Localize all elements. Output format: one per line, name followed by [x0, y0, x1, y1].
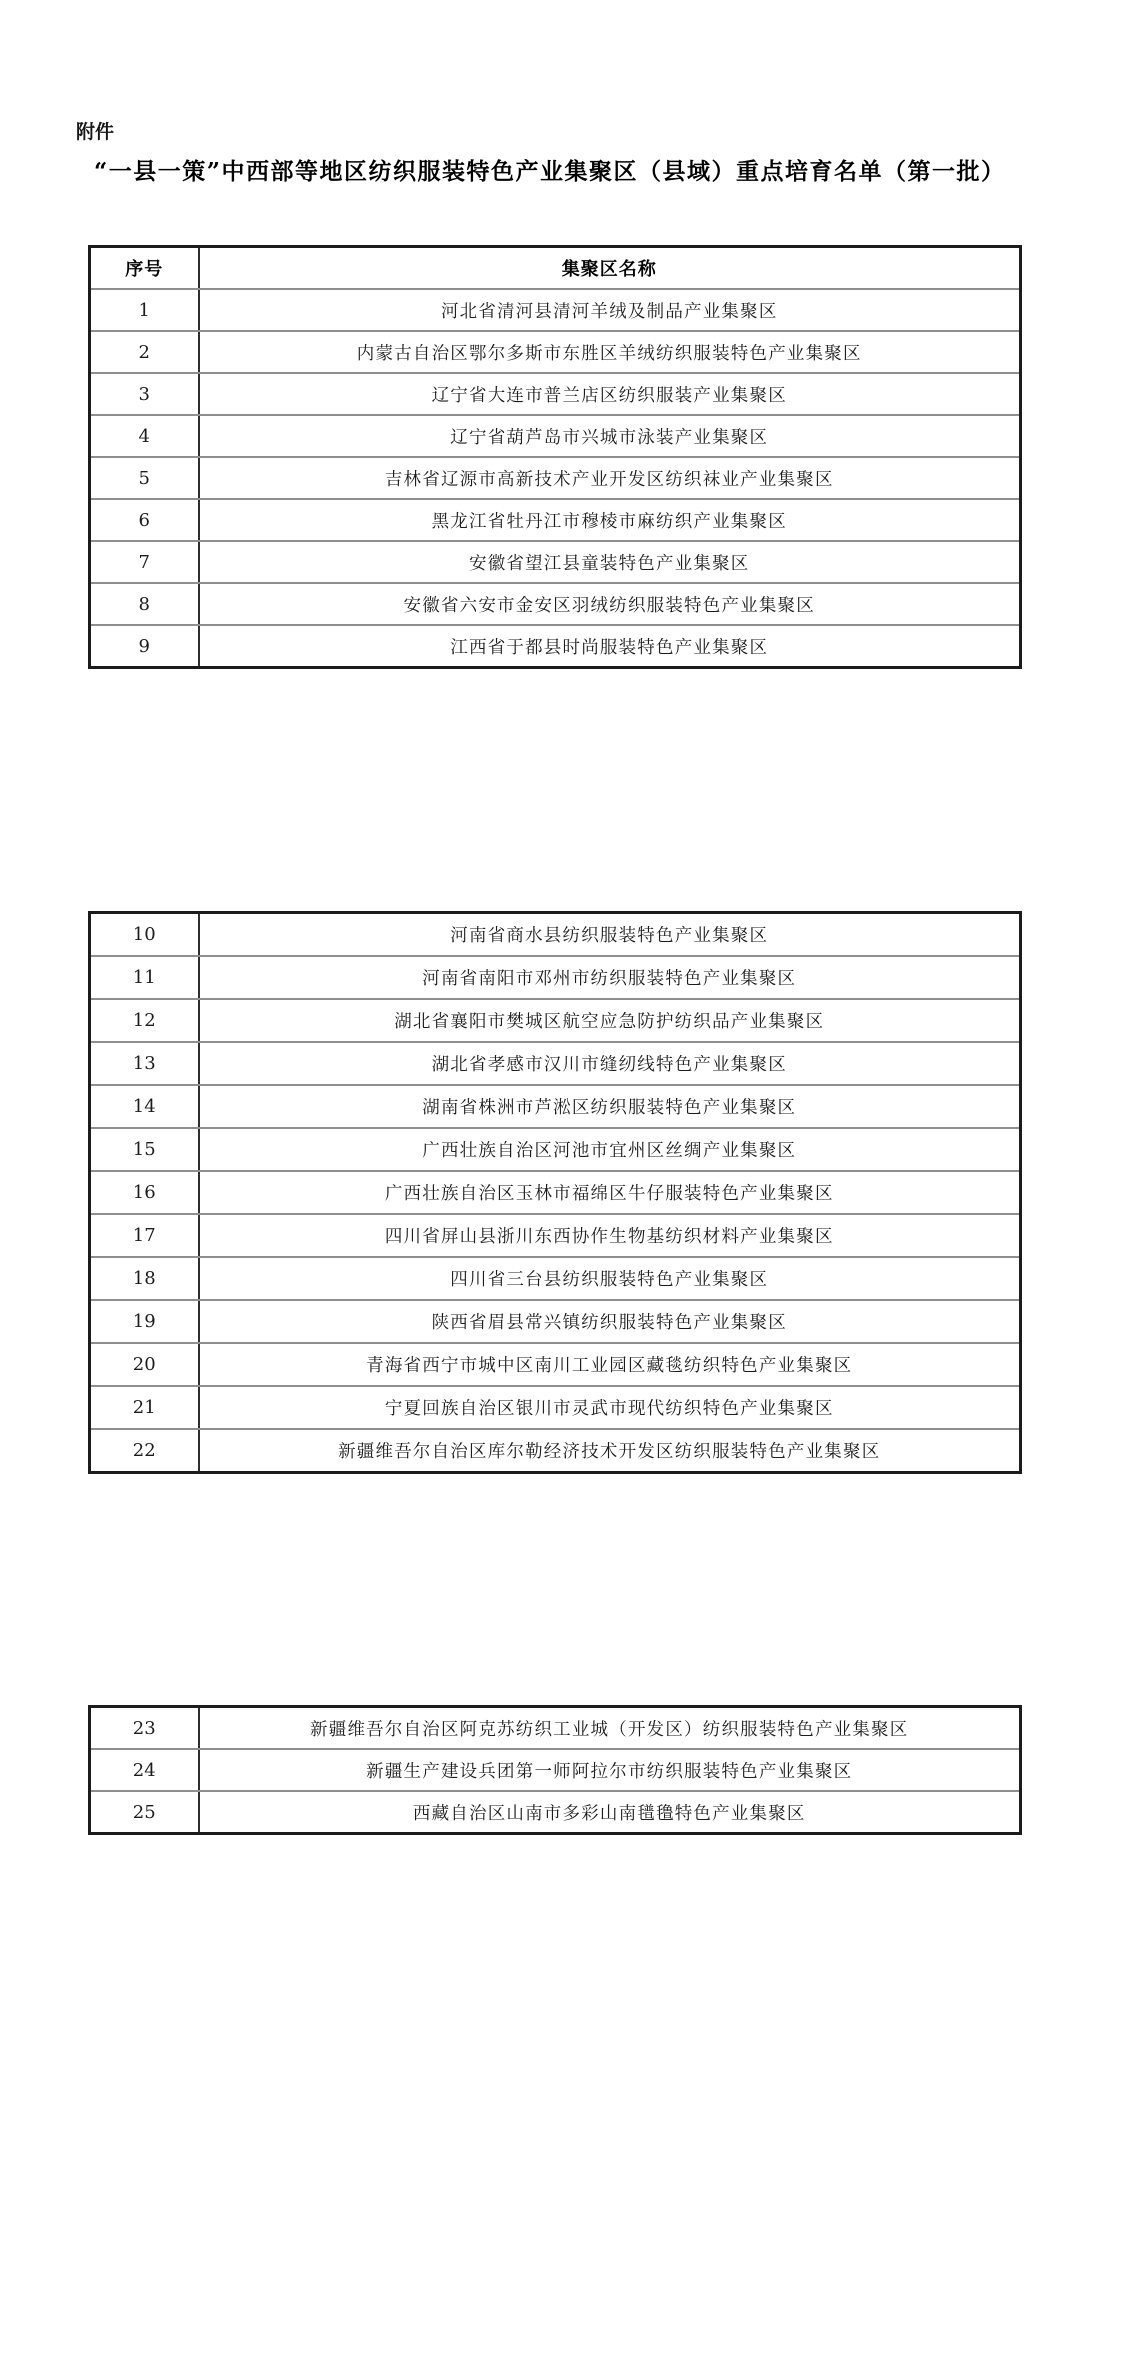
cluster-name-cell: 宁夏回族自治区银川市灵武市现代纺织特色产业集聚区 [199, 1386, 1021, 1429]
cluster-name-cell: 辽宁省大连市普兰店区纺织服装产业集聚区 [199, 373, 1021, 415]
cluster-name-cell: 陕西省眉县常兴镇纺织服装特色产业集聚区 [199, 1300, 1021, 1343]
row-index-cell: 6 [90, 499, 199, 541]
cluster-table-block-3: 23新疆维吾尔自治区阿克苏纺织工业城（开发区）纺织服装特色产业集聚区24新疆生产… [88, 1705, 1022, 1835]
cluster-name-cell: 江西省于都县时尚服装特色产业集聚区 [199, 625, 1021, 668]
cluster-name-cell: 广西壮族自治区玉林市福绵区牛仔服装特色产业集聚区 [199, 1171, 1021, 1214]
cluster-name-cell: 四川省三台县纺织服装特色产业集聚区 [199, 1257, 1021, 1300]
row-index-cell: 10 [90, 913, 199, 957]
document-title: “一县一策”中西部等地区纺织服装特色产业集聚区（县域）重点培育名单（第一批） [94, 153, 1005, 186]
row-index-cell: 18 [90, 1257, 199, 1300]
table-row: 25西藏自治区山南市多彩山南氆氇特色产业集聚区 [90, 1791, 1021, 1834]
table-row: 21宁夏回族自治区银川市灵武市现代纺织特色产业集聚区 [90, 1386, 1021, 1429]
row-index-cell: 25 [90, 1791, 199, 1834]
document-page: 附件 “一县一策”中西部等地区纺织服装特色产业集聚区（县域）重点培育名单（第一批… [0, 0, 1123, 2379]
row-index-cell: 14 [90, 1085, 199, 1128]
cluster-name-cell: 黑龙江省牡丹江市穆棱市麻纺织产业集聚区 [199, 499, 1021, 541]
row-index-cell: 3 [90, 373, 199, 415]
row-index-cell: 7 [90, 541, 199, 583]
row-index-cell: 11 [90, 956, 199, 999]
table-row: 12湖北省襄阳市樊城区航空应急防护纺织品产业集聚区 [90, 999, 1021, 1042]
cluster-name-cell: 湖北省襄阳市樊城区航空应急防护纺织品产业集聚区 [199, 999, 1021, 1042]
cluster-name-cell: 河南省商水县纺织服装特色产业集聚区 [199, 913, 1021, 957]
row-index-cell: 5 [90, 457, 199, 499]
cluster-name-cell: 湖南省株洲市芦淞区纺织服装特色产业集聚区 [199, 1085, 1021, 1128]
table-row: 9江西省于都县时尚服装特色产业集聚区 [90, 625, 1021, 668]
row-index-cell: 16 [90, 1171, 199, 1214]
table-row: 18四川省三台县纺织服装特色产业集聚区 [90, 1257, 1021, 1300]
cluster-name-cell: 青海省西宁市城中区南川工业园区藏毯纺织特色产业集聚区 [199, 1343, 1021, 1386]
cluster-name-cell: 西藏自治区山南市多彩山南氆氇特色产业集聚区 [199, 1791, 1021, 1834]
row-index-cell: 2 [90, 331, 199, 373]
table-row: 11河南省南阳市邓州市纺织服装特色产业集聚区 [90, 956, 1021, 999]
table-row: 19陕西省眉县常兴镇纺织服装特色产业集聚区 [90, 1300, 1021, 1343]
row-index-cell: 17 [90, 1214, 199, 1257]
cluster-table-block-2: 10河南省商水县纺织服装特色产业集聚区11河南省南阳市邓州市纺织服装特色产业集聚… [88, 911, 1022, 1474]
cluster-name-cell: 辽宁省葫芦岛市兴城市泳装产业集聚区 [199, 415, 1021, 457]
row-index-cell: 12 [90, 999, 199, 1042]
cluster-name-cell: 新疆维吾尔自治区库尔勒经济技术开发区纺织服装特色产业集聚区 [199, 1429, 1021, 1473]
table-header-row: 序号 集聚区名称 [90, 247, 1021, 290]
table-row: 24新疆生产建设兵团第一师阿拉尔市纺织服装特色产业集聚区 [90, 1749, 1021, 1791]
row-index-cell: 1 [90, 289, 199, 331]
table-row: 22新疆维吾尔自治区库尔勒经济技术开发区纺织服装特色产业集聚区 [90, 1429, 1021, 1473]
table-row: 6黑龙江省牡丹江市穆棱市麻纺织产业集聚区 [90, 499, 1021, 541]
header-cell-name: 集聚区名称 [199, 247, 1021, 290]
table-row: 1河北省清河县清河羊绒及制品产业集聚区 [90, 289, 1021, 331]
cluster-name-cell: 河北省清河县清河羊绒及制品产业集聚区 [199, 289, 1021, 331]
table-row: 16广西壮族自治区玉林市福绵区牛仔服装特色产业集聚区 [90, 1171, 1021, 1214]
row-index-cell: 23 [90, 1707, 199, 1750]
cluster-name-cell: 新疆生产建设兵团第一师阿拉尔市纺织服装特色产业集聚区 [199, 1749, 1021, 1791]
table-row: 4辽宁省葫芦岛市兴城市泳装产业集聚区 [90, 415, 1021, 457]
cluster-name-cell: 安徽省望江县童装特色产业集聚区 [199, 541, 1021, 583]
cluster-name-cell: 新疆维吾尔自治区阿克苏纺织工业城（开发区）纺织服装特色产业集聚区 [199, 1707, 1021, 1750]
row-index-cell: 21 [90, 1386, 199, 1429]
cluster-name-cell: 内蒙古自治区鄂尔多斯市东胜区羊绒纺织服装特色产业集聚区 [199, 331, 1021, 373]
table-row: 20青海省西宁市城中区南川工业园区藏毯纺织特色产业集聚区 [90, 1343, 1021, 1386]
attachment-label: 附件 [76, 117, 114, 144]
cluster-name-cell: 广西壮族自治区河池市宜州区丝绸产业集聚区 [199, 1128, 1021, 1171]
table-row: 2内蒙古自治区鄂尔多斯市东胜区羊绒纺织服装特色产业集聚区 [90, 331, 1021, 373]
row-index-cell: 4 [90, 415, 199, 457]
table-row: 23新疆维吾尔自治区阿克苏纺织工业城（开发区）纺织服装特色产业集聚区 [90, 1707, 1021, 1750]
table-row: 8安徽省六安市金安区羽绒纺织服装特色产业集聚区 [90, 583, 1021, 625]
table-row: 3辽宁省大连市普兰店区纺织服装产业集聚区 [90, 373, 1021, 415]
table-row: 15广西壮族自治区河池市宜州区丝绸产业集聚区 [90, 1128, 1021, 1171]
table-row: 17四川省屏山县浙川东西协作生物基纺织材料产业集聚区 [90, 1214, 1021, 1257]
table-row: 10河南省商水县纺织服装特色产业集聚区 [90, 913, 1021, 957]
row-index-cell: 20 [90, 1343, 199, 1386]
row-index-cell: 9 [90, 625, 199, 668]
cluster-name-cell: 吉林省辽源市高新技术产业开发区纺织袜业产业集聚区 [199, 457, 1021, 499]
table-row: 5吉林省辽源市高新技术产业开发区纺织袜业产业集聚区 [90, 457, 1021, 499]
row-index-cell: 13 [90, 1042, 199, 1085]
cluster-name-cell: 湖北省孝感市汉川市缝纫线特色产业集聚区 [199, 1042, 1021, 1085]
row-index-cell: 22 [90, 1429, 199, 1473]
table-row: 14湖南省株洲市芦淞区纺织服装特色产业集聚区 [90, 1085, 1021, 1128]
cluster-table-block-1: 序号 集聚区名称 1河北省清河县清河羊绒及制品产业集聚区2内蒙古自治区鄂尔多斯市… [88, 245, 1022, 669]
table-row: 13湖北省孝感市汉川市缝纫线特色产业集聚区 [90, 1042, 1021, 1085]
cluster-name-cell: 四川省屏山县浙川东西协作生物基纺织材料产业集聚区 [199, 1214, 1021, 1257]
row-index-cell: 24 [90, 1749, 199, 1791]
cluster-name-cell: 安徽省六安市金安区羽绒纺织服装特色产业集聚区 [199, 583, 1021, 625]
row-index-cell: 19 [90, 1300, 199, 1343]
header-cell-index: 序号 [90, 247, 199, 290]
cluster-name-cell: 河南省南阳市邓州市纺织服装特色产业集聚区 [199, 956, 1021, 999]
row-index-cell: 8 [90, 583, 199, 625]
row-index-cell: 15 [90, 1128, 199, 1171]
table-row: 7安徽省望江县童装特色产业集聚区 [90, 541, 1021, 583]
